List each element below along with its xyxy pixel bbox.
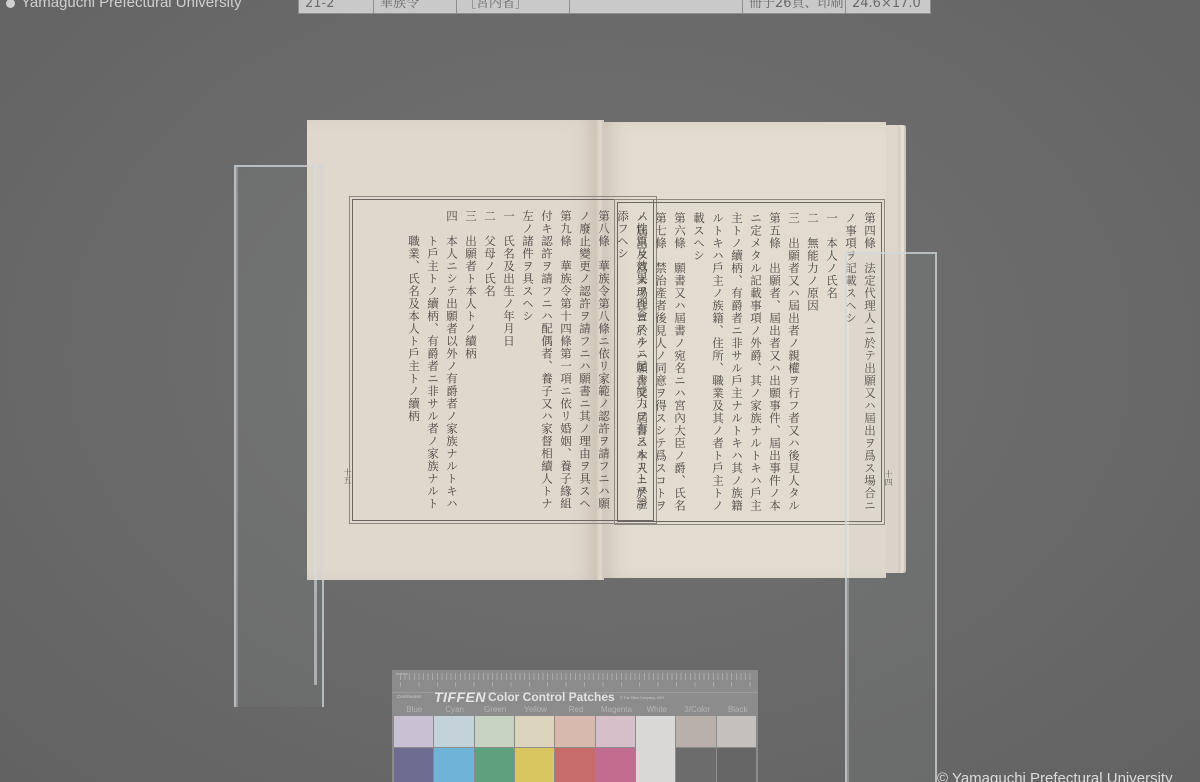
text-column: 付キ認許ヲ請フニハ配偶者、養子又ハ家督相續人トナルヘキ者ニ關シ願書ニ xyxy=(540,210,553,510)
cm-ticks xyxy=(400,682,752,687)
text-column: ト戶主トノ續柄、有爵者ニ非サル者ノ家族ナルトキハ戶主ノ族籍、住所、 xyxy=(426,210,439,510)
text-column: 職業、氏名及本人ト戶主トノ續柄 xyxy=(407,210,420,510)
copyright-credit: © Yamaguchi Prefectural University xyxy=(937,770,1173,782)
patch-label: Magenta xyxy=(596,705,636,714)
patch-3color-dark xyxy=(676,748,715,782)
patch-yellow-dark xyxy=(515,748,554,782)
record-size-cell: 24.6×17.0 xyxy=(846,0,930,13)
text-column: 第五條 出願者、屆出者又ハ出願事件、屆出事件ノ本人有爵者ナルトキハ前三條 xyxy=(768,212,781,512)
text-column: 第七條 禁治產者後見人ノ同意ヲ得スシテ爲スコトヲ得ヘキ行爲ニ付キ出願又 xyxy=(654,212,667,512)
record-format-cell: 冊子26頁、印刷 xyxy=(743,0,846,13)
bullet-icon xyxy=(6,0,15,8)
patch-red-dark xyxy=(555,748,594,782)
right-acrylic-holder xyxy=(845,252,937,782)
chart-copyright: © The Tiffen Company, 2007 xyxy=(620,696,664,700)
text-column: 第六條 願書又ハ屆書ノ宛名ニハ宮內大臣ノ爵、氏名ヲ記載スヘシ xyxy=(673,212,686,512)
chart-title: Color Control Patches xyxy=(488,690,615,704)
institution-caption: Yamaguchi Prefectural University xyxy=(0,0,242,11)
patch-label: Red xyxy=(556,705,596,714)
text-column: 四 本人ニシテ出願者以外ノ有爵者ノ家族ナルトキハ戶主ノ爵、氏名及本人 xyxy=(445,210,458,510)
left-page-number: 十五 xyxy=(342,468,353,484)
patch-label: Green xyxy=(475,705,515,714)
patch-green-dark xyxy=(475,748,514,782)
patch-label: White xyxy=(637,705,677,714)
institution-name: Yamaguchi Prefectural University xyxy=(21,0,242,11)
left-acrylic-edge xyxy=(314,165,317,685)
patch-cyan-dark xyxy=(434,748,473,782)
text-column: 第九條 華族令第十四條第一項ニ依リ婚姻、養子緣組又ハ家督相續人ノ指定ニ xyxy=(559,210,572,510)
text-column: 一 本人ノ氏名 xyxy=(825,212,838,512)
patch-magenta-dark xyxy=(596,748,635,782)
patch-label: Yellow xyxy=(515,705,555,714)
text-column: 三 出願者ト本人トノ續柄 xyxy=(464,210,477,510)
text-column: 三 出願者又ハ屆出者ノ親權ヲ行フ者又ハ後見人タルコト xyxy=(787,212,800,512)
patch-black-dark xyxy=(717,748,756,782)
record-id-cell: 21-2 xyxy=(299,0,374,13)
text-column: ハ屆出ヲ爲ス場合ニ於テハ願書又ハ屆書ニ本人ニ於テ出願事件又ハ屆出事件 xyxy=(635,212,648,512)
inch-ticks xyxy=(400,673,752,680)
patch-black-light xyxy=(717,716,756,747)
patch-red-light xyxy=(555,716,594,747)
text-column: 載スヘシ xyxy=(692,212,705,512)
patch-3color-light xyxy=(676,716,715,747)
patch-labels: Blue Cyan Green Yellow Red Magenta White… xyxy=(394,705,758,714)
record-blank-cell xyxy=(570,0,743,13)
centimetres-label: Centimetres xyxy=(397,694,421,699)
inches-label: Inches xyxy=(396,671,408,676)
patch-label: Cyan xyxy=(434,705,474,714)
text-column: 二 無能力ノ原因 xyxy=(806,212,819,512)
left-page-text: ノ性質及效果ヲ理會スルニ足ル能力ヲ有スルコトヲ證スヘキ醫師ノ診斷書ヲ 添フヘシ … xyxy=(360,210,648,510)
text-column: 主トノ續柄、有爵者ニ非サル戶主ナルトキハ其ノ族籍、住所、職業及其ノ家族ナ xyxy=(730,212,743,512)
right-page-text: 第四條 法定代理人ニ於テ出願又ハ屆出ヲ爲ス場合ニ於テハ願書又ハ屆書ニ左 ノ事項ヲ… xyxy=(624,212,876,512)
patch-label: Blue xyxy=(394,705,434,714)
text-column: 第八條 華族令第八條ニ依リ家範ノ認許ヲ請フニハ願書ニ家範ノ草案ヲ添ヘ其 xyxy=(597,210,610,510)
patch-blue-light xyxy=(394,716,433,747)
record-table-row: 21-2 華族令 ［宮内省］ 冊子26頁、印刷 24.6×17.0 xyxy=(298,0,931,14)
text-column: 二 父母ノ氏名 xyxy=(483,210,496,510)
text-column: ルトキハ戶主ノ族籍、住所、職業及其ノ者ト戶主トノ續柄竝其ノ者ノ住所ヲ記 xyxy=(711,212,724,512)
patch-yellow-light xyxy=(515,716,554,747)
text-column: 一 氏名及出生ノ年月日 xyxy=(502,210,515,510)
color-control-chart: Inches Centimetres TIFFEN Color Control … xyxy=(392,670,758,782)
patch-green-light xyxy=(475,716,514,747)
patch-blue-dark xyxy=(394,748,433,782)
tiffen-logo: TIFFEN xyxy=(434,689,486,705)
text-column: ノ廢止變更ノ認許ヲ請フニハ願書ニ其ノ理由ヲ具スヘシ xyxy=(578,210,591,510)
left-acrylic-holder xyxy=(234,165,324,707)
record-title-cell: 華族令 xyxy=(374,0,457,13)
patch-label: Black xyxy=(718,705,758,714)
patch-magenta-light xyxy=(596,716,635,747)
patch-white-light xyxy=(636,716,675,782)
color-patches-grid xyxy=(394,716,756,782)
patch-cyan-light xyxy=(434,716,473,747)
text-column: 左ノ諸件ヲ具スヘシ xyxy=(521,210,534,510)
patch-label: 3/Color xyxy=(677,705,717,714)
record-issuer-cell: ［宮内省］ xyxy=(457,0,570,13)
text-column: ニ定メタル記載事項ノ外爵、其ノ家族ナルトキハ戶主ノ爵、氏名及其ノ者ト戶 xyxy=(749,212,762,512)
